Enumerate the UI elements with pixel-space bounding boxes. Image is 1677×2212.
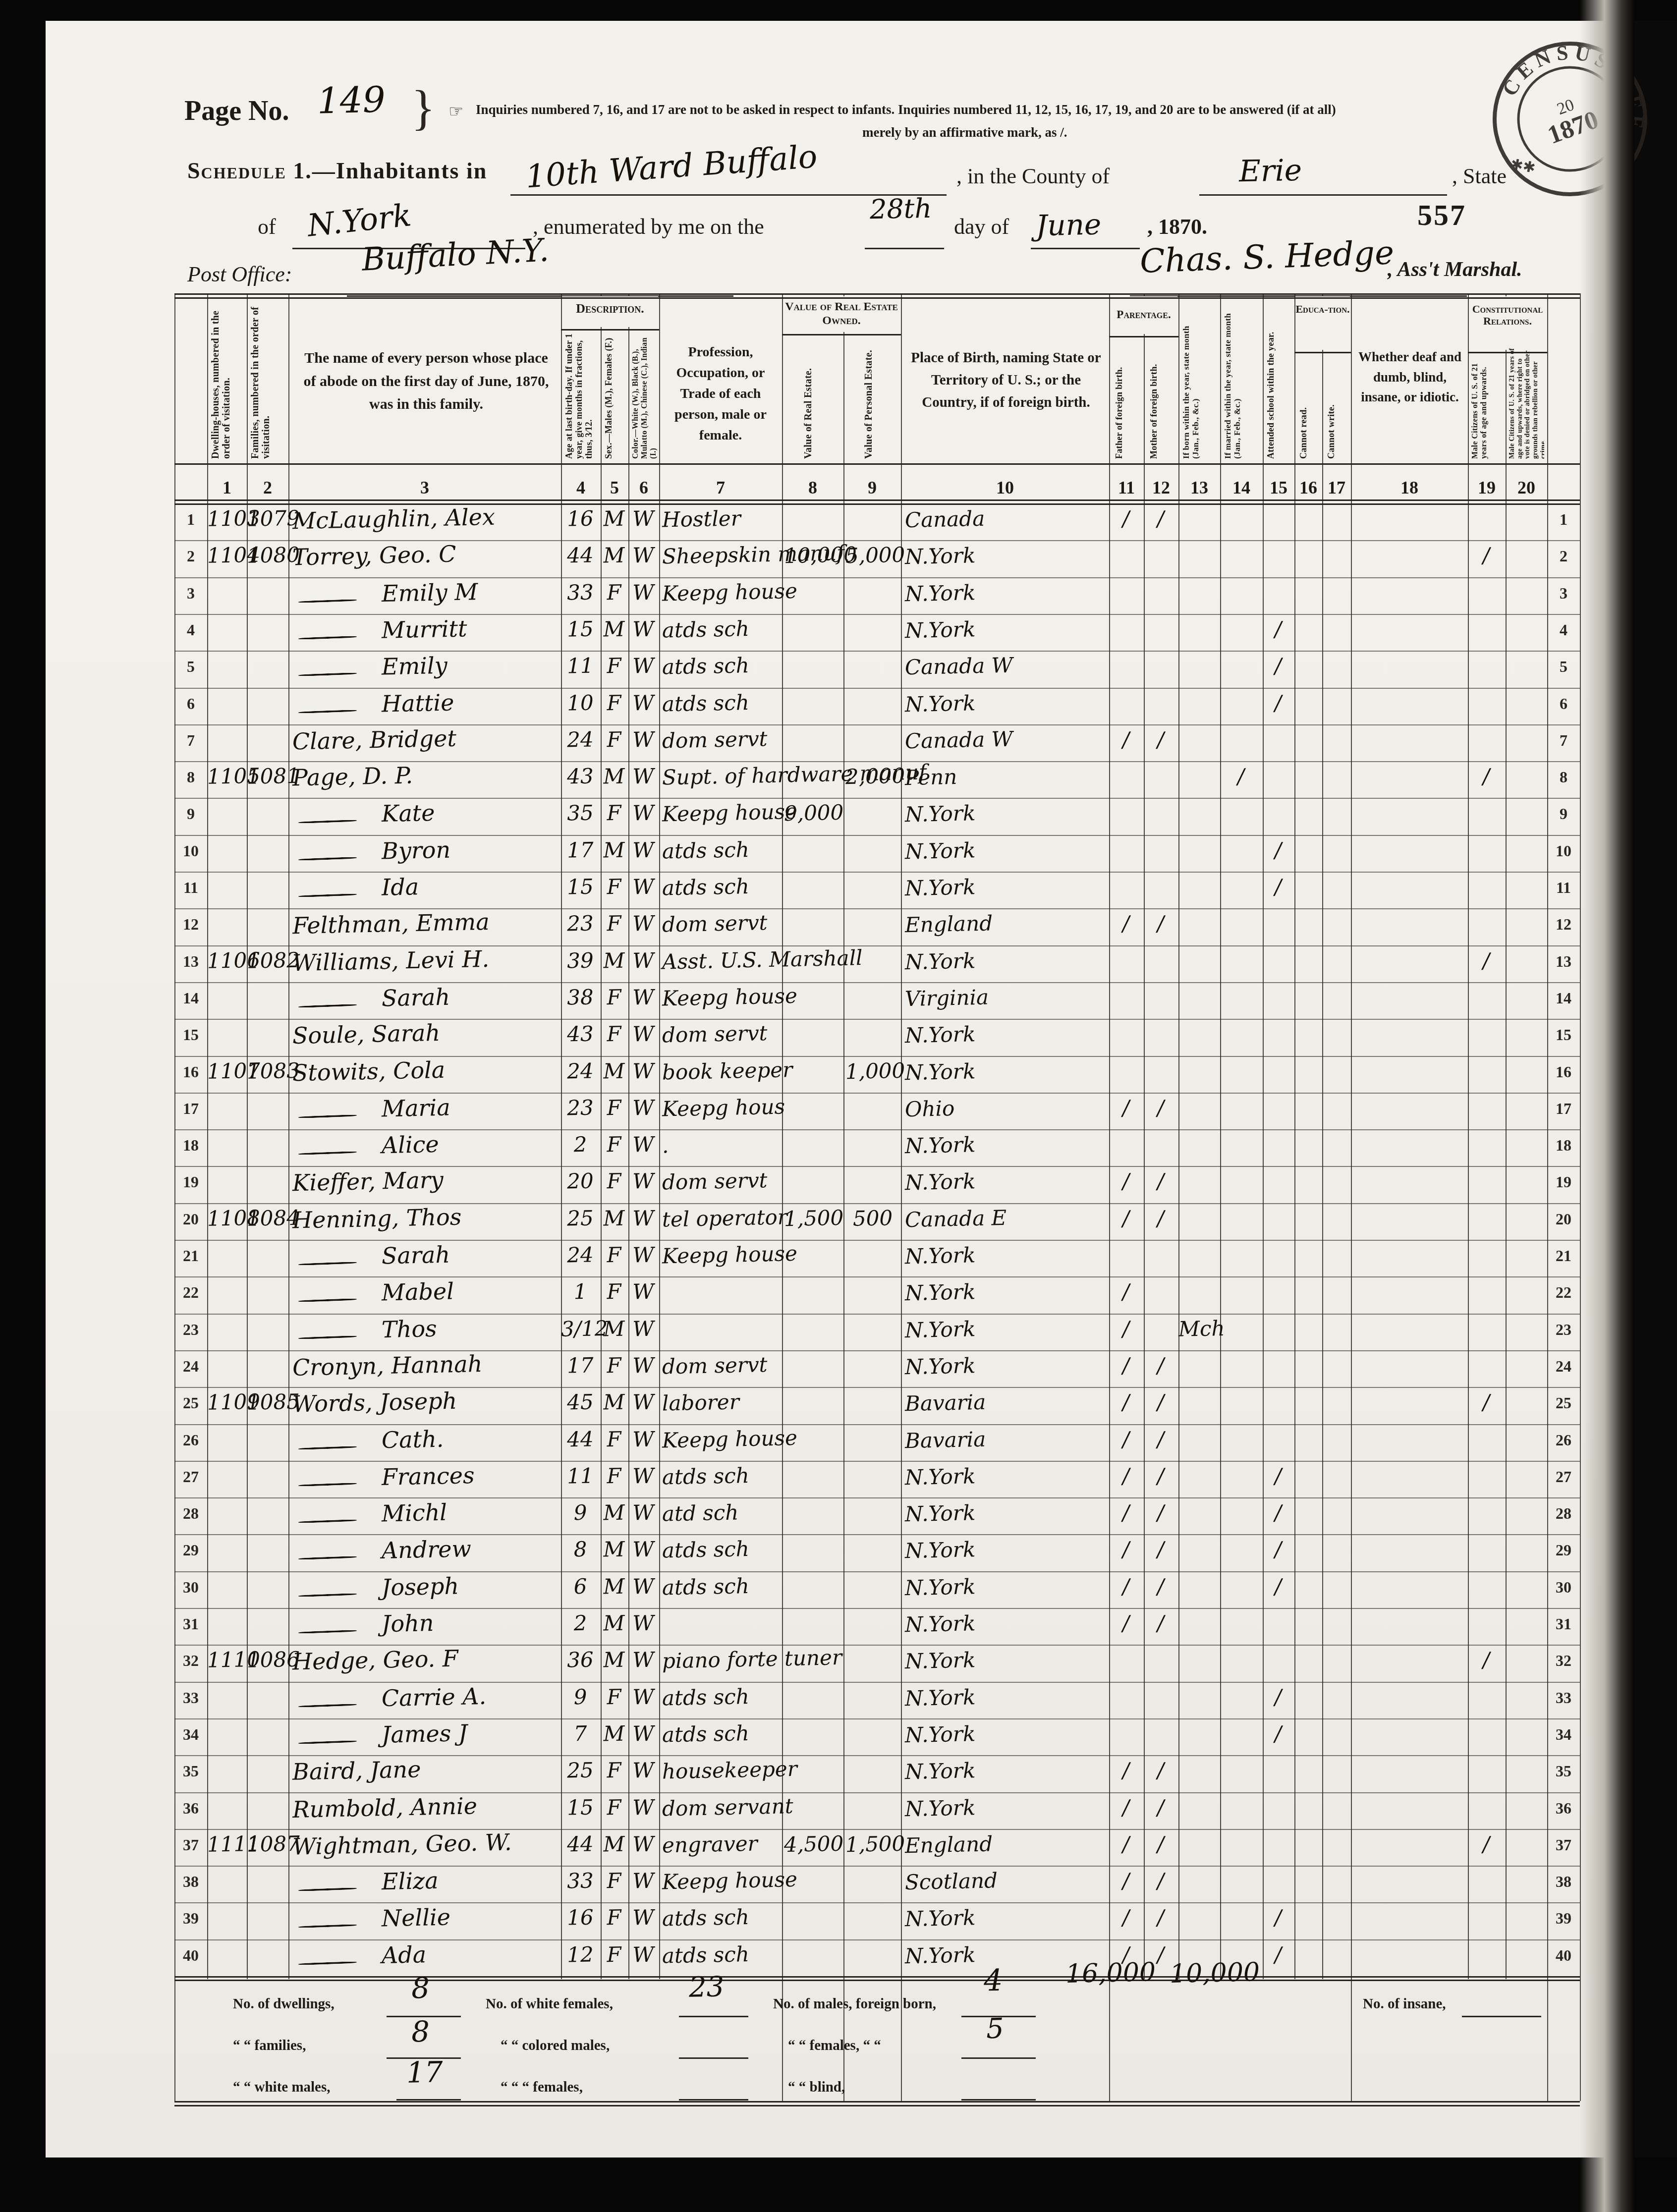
row30-father-foreign-mark: / — [1109, 1574, 1143, 1599]
column-rule — [1178, 293, 1179, 1979]
row1-color: W — [628, 506, 658, 531]
row12-father-foreign-mark: / — [1109, 911, 1143, 936]
row1-father-foreign-mark: / — [1109, 506, 1143, 531]
row2-color: W — [628, 543, 658, 568]
row1-mother-foreign-mark: / — [1143, 506, 1177, 531]
sum-insane-label: No. of insane, — [1363, 1996, 1446, 2012]
row16-line-number-right: 16 — [1548, 1063, 1579, 1081]
column-number: 10 — [901, 477, 1109, 498]
row33-color: W — [628, 1684, 658, 1709]
row18-line-number-right: 18 — [1548, 1136, 1579, 1155]
row2-dwelling-number: 1104 — [207, 543, 246, 568]
row33-person-name: Carrie A. — [381, 1682, 486, 1711]
row17-mother-foreign-mark: / — [1143, 1095, 1177, 1120]
row-rule — [174, 982, 1580, 983]
row14-sex: F — [600, 985, 627, 1009]
row29-person-name: Andrew — [381, 1536, 471, 1564]
row17-line-number-left: 17 — [175, 1100, 206, 1118]
row10-attended-school-mark: / — [1262, 837, 1293, 862]
row18-color: W — [628, 1132, 658, 1157]
group-underline — [1294, 352, 1351, 353]
row13-age: 39 — [560, 948, 600, 973]
row3-occupation: Keepg house — [662, 579, 783, 606]
row39-father-foreign-mark: / — [1109, 1905, 1143, 1930]
sum-foreign-males-label: No. of males, foreign born, — [773, 1996, 936, 2012]
row34-occupation: atds sch — [662, 1720, 783, 1747]
summary-top-rule — [174, 1976, 1580, 1978]
row24-father-foreign-mark: / — [1109, 1353, 1143, 1378]
row38-line-number-right: 38 — [1548, 1873, 1579, 1891]
column-number: 19 — [1468, 477, 1506, 498]
row11-attended-school-mark: / — [1262, 874, 1293, 899]
row-rule — [174, 1093, 1580, 1094]
schedule-title-text: Schedule 1. — [187, 158, 312, 183]
row6-attended-school-mark: / — [1262, 690, 1293, 715]
row30-person-name: Joseph — [381, 1572, 459, 1601]
row17-person-name: Maria — [381, 1094, 450, 1122]
row34-attended-school-mark: / — [1262, 1721, 1293, 1746]
row12-mother-foreign-mark: / — [1143, 911, 1177, 936]
row30-sex: M — [600, 1574, 627, 1599]
sum-white-males-line — [396, 2099, 461, 2101]
row5-sex: F — [600, 654, 627, 678]
instructions-line1: Inquiries numbered 7, 16, and 17 are not… — [476, 102, 1336, 117]
row16-line-number-left: 16 — [175, 1063, 206, 1081]
table-top-rule-2 — [174, 297, 1580, 299]
row19-sex: F — [600, 1169, 627, 1194]
sum-insane-line — [1462, 2016, 1541, 2017]
row21-color: W — [628, 1242, 658, 1267]
row6-sex: F — [600, 690, 627, 715]
row30-place-of-birth: N.York — [905, 1573, 1054, 1600]
row24-place-of-birth: N.York — [905, 1352, 1054, 1379]
row13-line-number-right: 13 — [1548, 952, 1579, 971]
row5-person-name: Emily — [381, 652, 447, 680]
sum-colored-males-line — [679, 2057, 748, 2059]
sum-families-value: 8 — [411, 2015, 430, 2049]
sum-families-label: “ “ families, — [233, 2038, 306, 2054]
row13-person-name: Williams, Levi H. — [292, 945, 489, 976]
row31-father-foreign-mark: / — [1109, 1610, 1143, 1635]
column-rule — [659, 293, 660, 1979]
row25-male-citizen-mark: / — [1467, 1389, 1505, 1415]
row26-mother-foreign-mark: / — [1143, 1427, 1177, 1451]
column-rule — [1220, 293, 1221, 1979]
group-underline — [561, 329, 659, 331]
row36-age: 15 — [560, 1795, 600, 1820]
row28-occupation: atd sch — [662, 1499, 783, 1526]
row1-family-number: 1079 — [246, 506, 287, 531]
row27-person-name: Frances — [381, 1462, 475, 1491]
row11-age: 15 — [560, 874, 600, 899]
row8-family-number: 1081 — [246, 764, 287, 789]
row3-place-of-birth: N.York — [905, 578, 1054, 606]
row7-line-number-right: 7 — [1548, 731, 1579, 750]
row26-color: W — [628, 1427, 658, 1451]
row17-occupation: Keepg hous — [662, 1094, 783, 1121]
row2-male-citizen-mark: / — [1467, 543, 1505, 568]
row4-place-of-birth: N.York — [905, 615, 1054, 643]
row20-line-number-left: 20 — [175, 1210, 206, 1228]
row4-occupation: atds sch — [662, 615, 783, 642]
sum-foreign-females-label: “ “ females, “ “ — [788, 2038, 881, 2054]
sum-colored-males-label: “ “ colored males, — [501, 2038, 610, 2054]
row20-line-number-right: 20 — [1548, 1210, 1579, 1228]
row23-father-foreign-mark: / — [1109, 1316, 1143, 1341]
column-number: 8 — [782, 477, 843, 498]
column-number: 11 — [1109, 477, 1144, 498]
row14-age: 38 — [560, 985, 600, 1010]
row2-family-number: 1080 — [246, 543, 287, 568]
row-rule — [174, 1350, 1580, 1351]
row24-occupation: dom servt — [662, 1352, 783, 1379]
row26-line-number-left: 26 — [175, 1431, 206, 1449]
column-number: 13 — [1178, 477, 1220, 498]
sum-white-females-value: 23 — [688, 1971, 725, 2003]
row8-dwelling-number: 1105 — [207, 764, 246, 789]
row-rule — [174, 1645, 1580, 1646]
row38-place-of-birth: Scotland — [905, 1867, 1054, 1894]
row9-occupation: Keepg house — [662, 800, 783, 827]
row10-place-of-birth: N.York — [905, 836, 1054, 864]
row27-place-of-birth: N.York — [905, 1462, 1054, 1490]
row14-line-number-right: 14 — [1548, 989, 1579, 1007]
row10-sex: M — [600, 837, 627, 862]
row7-color: W — [628, 727, 658, 752]
month-blank-line — [1031, 248, 1140, 249]
col10-header: Place of Birth, naming State or Territor… — [908, 347, 1104, 414]
hand-icon: ☞ — [448, 102, 463, 121]
row5-line-number-left: 5 — [175, 658, 206, 676]
row17-color: W — [628, 1095, 658, 1120]
column-number: 18 — [1351, 477, 1468, 498]
row25-sex: M — [600, 1390, 627, 1415]
month-value: June — [1035, 208, 1102, 243]
row40-person-name: Ada — [381, 1941, 426, 1969]
row1-dwelling-number: 1103 — [207, 506, 246, 531]
film-edge-top — [0, 0, 1677, 21]
row4-sex: M — [600, 616, 627, 641]
row28-sex: M — [600, 1500, 627, 1525]
row35-sex: F — [600, 1758, 627, 1783]
row17-sex: F — [600, 1095, 627, 1120]
row26-age: 44 — [560, 1427, 600, 1452]
row37-mother-foreign-mark: / — [1143, 1831, 1177, 1856]
row20-father-foreign-mark: / — [1109, 1206, 1143, 1230]
film-edge-right — [1580, 0, 1634, 2212]
row36-line-number-left: 36 — [175, 1799, 206, 1818]
row15-line-number-left: 15 — [175, 1026, 206, 1044]
row25-occupation: laborer — [662, 1389, 783, 1416]
row16-personal-estate-value: 1,000 — [845, 1058, 900, 1083]
row16-sex: M — [600, 1058, 627, 1083]
row19-occupation: dom servt — [662, 1168, 783, 1195]
column-number: 20 — [1506, 477, 1547, 498]
row20-mother-foreign-mark: / — [1143, 1206, 1177, 1230]
col14-header: If married within the year, state month … — [1223, 306, 1261, 459]
row30-attended-school-mark: / — [1262, 1574, 1293, 1599]
row10-person-name: Byron — [381, 836, 450, 864]
row28-place-of-birth: N.York — [905, 1499, 1054, 1526]
row37-male-citizen-mark: / — [1467, 1831, 1505, 1857]
col7-header: Profession, Occupation, or Trade of each… — [664, 342, 777, 446]
row37-age: 44 — [560, 1831, 600, 1857]
row11-occupation: atds sch — [662, 873, 783, 900]
row36-sex: F — [600, 1795, 627, 1820]
row35-occupation: housekeeper — [662, 1757, 783, 1784]
row-rule — [174, 1240, 1580, 1241]
row10-line-number-right: 10 — [1548, 842, 1579, 860]
row23-born-month: Mch — [1178, 1316, 1219, 1341]
day-blank-line — [865, 248, 944, 249]
row2-occupation: Sheepskin manuf — [662, 542, 783, 569]
col11-header: Father of foreign birth. — [1114, 331, 1140, 459]
row1-line-number-right: 1 — [1548, 510, 1579, 529]
group-value: Value of Real Estate Owned. — [782, 300, 901, 328]
row33-line-number-right: 33 — [1548, 1689, 1579, 1707]
of-label: of — [258, 214, 276, 239]
row31-person-name: John — [381, 1609, 434, 1637]
row28-mother-foreign-mark: / — [1143, 1500, 1177, 1525]
row-rule — [174, 724, 1580, 725]
row12-occupation: dom servt — [662, 910, 783, 937]
row-rule — [174, 1939, 1580, 1940]
row8-occupation: Supt. of hardware manuf — [662, 763, 783, 790]
sum-colored-females-label: “ “ “ females, — [501, 2079, 583, 2096]
row7-age: 24 — [560, 727, 600, 752]
row32-dwelling-number: 1110 — [207, 1647, 246, 1672]
row29-father-foreign-mark: / — [1109, 1537, 1143, 1562]
county-blank-line — [1199, 194, 1447, 196]
row34-color: W — [628, 1721, 658, 1746]
row5-attended-school-mark: / — [1262, 654, 1293, 678]
row28-line-number-left: 28 — [175, 1504, 206, 1523]
schedule-title: Schedule 1.—Inhabitants in — [187, 158, 487, 184]
col15-header: Attended school within the year. — [1266, 306, 1291, 459]
row32-occupation: piano forte tuner — [662, 1647, 783, 1673]
row28-person-name: Michl — [381, 1499, 447, 1527]
row40-line-number-right: 40 — [1548, 1946, 1579, 1965]
row24-line-number-right: 24 — [1548, 1357, 1579, 1376]
row-rule — [174, 835, 1580, 836]
summary-top-rule-2 — [174, 1980, 1580, 1981]
row6-color: W — [628, 690, 658, 715]
row21-place-of-birth: N.York — [905, 1241, 1054, 1269]
row-rule — [174, 1608, 1580, 1609]
row39-color: W — [628, 1905, 658, 1930]
col17-header: Cannot write. — [1326, 355, 1347, 459]
row36-father-foreign-mark: / — [1109, 1795, 1143, 1820]
row29-line-number-right: 29 — [1548, 1541, 1579, 1559]
row7-person-name: Clare, Bridget — [292, 724, 456, 755]
row38-mother-foreign-mark: / — [1143, 1868, 1177, 1893]
column-number: 5 — [601, 477, 628, 498]
row6-person-name: Hattie — [381, 689, 454, 717]
row11-person-name: Ida — [381, 873, 419, 901]
row26-place-of-birth: Bavaria — [905, 1425, 1054, 1452]
row-rule — [174, 1424, 1580, 1425]
stamp-stars: ✱✱ — [1509, 156, 1536, 176]
sum-colored-females-line — [679, 2099, 748, 2101]
row11-line-number-left: 11 — [175, 879, 206, 897]
row4-line-number-right: 4 — [1548, 621, 1579, 639]
row-rule — [174, 688, 1580, 689]
row39-place-of-birth: N.York — [905, 1904, 1054, 1931]
row9-line-number-right: 9 — [1548, 805, 1579, 823]
row-rule — [174, 1902, 1580, 1903]
row7-father-foreign-mark: / — [1109, 727, 1143, 752]
row-rule — [174, 872, 1580, 873]
row-rule — [174, 1166, 1580, 1167]
row5-color: W — [628, 654, 658, 678]
row-rule — [174, 1571, 1580, 1572]
row30-color: W — [628, 1574, 658, 1599]
row7-place-of-birth: Canada W — [905, 726, 1054, 753]
row33-attended-school-mark: / — [1262, 1684, 1293, 1709]
row16-age: 24 — [560, 1058, 600, 1084]
film-edge-bottom — [0, 2157, 1677, 2212]
row-rule — [174, 577, 1580, 578]
row18-person-name: Alice — [381, 1131, 439, 1159]
row24-age: 17 — [560, 1353, 600, 1378]
row17-line-number-right: 17 — [1548, 1100, 1579, 1118]
row8-sex: M — [600, 764, 627, 789]
row19-line-number-right: 19 — [1548, 1173, 1579, 1191]
row31-sex: M — [600, 1610, 627, 1635]
col12-header: Mother of foreign birth. — [1149, 331, 1174, 459]
row37-place-of-birth: England — [905, 1830, 1054, 1858]
row15-line-number-right: 15 — [1548, 1026, 1579, 1044]
row14-line-number-left: 14 — [175, 989, 206, 1007]
row34-line-number-left: 34 — [175, 1725, 206, 1744]
row29-place-of-birth: N.York — [905, 1536, 1054, 1563]
row20-place-of-birth: Canada E — [905, 1205, 1054, 1232]
group-parentage: Parentage. — [1109, 308, 1178, 321]
row32-sex: M — [600, 1648, 627, 1672]
row40-place-of-birth: N.York — [905, 1941, 1054, 1968]
row32-line-number-right: 32 — [1548, 1652, 1579, 1670]
column-number: 2 — [247, 477, 288, 498]
row37-real-estate-value: 4,500 — [783, 1831, 841, 1857]
row23-sex: M — [600, 1316, 627, 1341]
day-value: 28th — [869, 193, 932, 225]
row11-place-of-birth: N.York — [905, 873, 1054, 900]
row24-color: W — [628, 1353, 658, 1378]
sum-dwellings-label: No. of dwellings, — [233, 1996, 335, 2012]
row2-place-of-birth: N.York — [905, 542, 1054, 569]
row5-place-of-birth: Canada W — [905, 652, 1054, 679]
row6-line-number-right: 6 — [1548, 695, 1579, 713]
row30-line-number-right: 30 — [1548, 1578, 1579, 1597]
row5-line-number-right: 5 — [1548, 658, 1579, 676]
row27-sex: F — [600, 1463, 627, 1488]
row33-place-of-birth: N.York — [905, 1683, 1054, 1710]
row2-real-estate-value: 10,000 — [783, 543, 841, 568]
row21-age: 24 — [560, 1242, 600, 1268]
row-rule — [174, 1718, 1580, 1719]
row13-sex: M — [600, 948, 627, 973]
column-number: 14 — [1220, 477, 1263, 498]
row37-dwelling-number: 1111 — [207, 1831, 246, 1857]
row38-color: W — [628, 1868, 658, 1893]
row4-attended-school-mark: / — [1262, 616, 1293, 641]
col2-header: Families, numbered in the order of visit… — [250, 306, 286, 459]
column-number: 3 — [288, 477, 561, 498]
col4-header: Age at last birth-day. If under 1 year, … — [564, 333, 599, 459]
post-office-label: Post Office: — [187, 262, 292, 287]
row-rule — [174, 614, 1580, 615]
row8-married-month-mark: / — [1220, 764, 1262, 789]
row38-person-name: Eliza — [381, 1867, 439, 1895]
row20-color: W — [628, 1206, 658, 1230]
row1-person-name: McLaughlin, Alex — [292, 503, 495, 535]
column-number: 12 — [1144, 477, 1178, 498]
row7-sex: F — [600, 727, 627, 752]
row15-sex: F — [600, 1022, 627, 1047]
row34-place-of-birth: N.York — [905, 1720, 1054, 1747]
row39-occupation: atds sch — [662, 1904, 783, 1931]
row39-age: 16 — [560, 1905, 600, 1931]
row1-sex: M — [600, 506, 627, 531]
row20-occupation: tel operator — [662, 1205, 783, 1231]
row22-father-foreign-mark: / — [1109, 1279, 1143, 1304]
row40-line-number-left: 40 — [175, 1946, 206, 1965]
row19-person-name: Kieffer, Mary — [292, 1166, 444, 1196]
row22-line-number-right: 22 — [1548, 1283, 1579, 1302]
row6-age: 10 — [560, 690, 600, 716]
row13-family-number: 1082 — [246, 948, 287, 973]
row3-line-number-left: 3 — [175, 584, 206, 603]
row30-line-number-left: 30 — [175, 1578, 206, 1597]
row21-sex: F — [600, 1242, 627, 1267]
row21-person-name: Sarah — [381, 1241, 450, 1270]
sum-real-total: 16,000 — [1065, 1957, 1156, 1989]
enumerated-label: , enumerated by me on the — [533, 214, 764, 239]
row16-place-of-birth: N.York — [905, 1057, 1054, 1084]
column-rule — [1506, 293, 1507, 1979]
county-label: , in the County of — [956, 164, 1110, 189]
row16-color: W — [628, 1058, 658, 1083]
row22-person-name: Mabel — [381, 1278, 454, 1306]
page-no-label: Page No. — [184, 95, 289, 127]
row-rule — [174, 1276, 1580, 1277]
row27-line-number-left: 27 — [175, 1468, 206, 1486]
row-rule — [174, 1497, 1580, 1498]
row20-sex: M — [600, 1206, 627, 1230]
row8-color: W — [628, 764, 658, 788]
row21-line-number-right: 21 — [1548, 1247, 1579, 1265]
row25-family-number: 1085 — [246, 1389, 287, 1415]
row1-age: 16 — [560, 506, 600, 531]
row5-occupation: atds sch — [662, 653, 783, 679]
row16-family-number: 1083 — [246, 1058, 287, 1084]
row20-family-number: 1084 — [246, 1206, 287, 1231]
group-description: Description. — [561, 301, 659, 316]
row37-father-foreign-mark: / — [1109, 1831, 1143, 1856]
row28-father-foreign-mark: / — [1109, 1500, 1143, 1525]
row25-age: 45 — [560, 1389, 600, 1415]
row8-line-number-left: 8 — [175, 768, 206, 786]
row22-age: 1 — [560, 1279, 600, 1304]
row36-color: W — [628, 1795, 658, 1820]
row32-male-citizen-mark: / — [1467, 1648, 1505, 1673]
row14-color: W — [628, 985, 658, 1009]
row-rule — [174, 1682, 1580, 1683]
row24-line-number-left: 24 — [175, 1357, 206, 1376]
row26-father-foreign-mark: / — [1109, 1427, 1143, 1451]
row10-color: W — [628, 837, 658, 862]
row30-occupation: atds sch — [662, 1573, 783, 1600]
